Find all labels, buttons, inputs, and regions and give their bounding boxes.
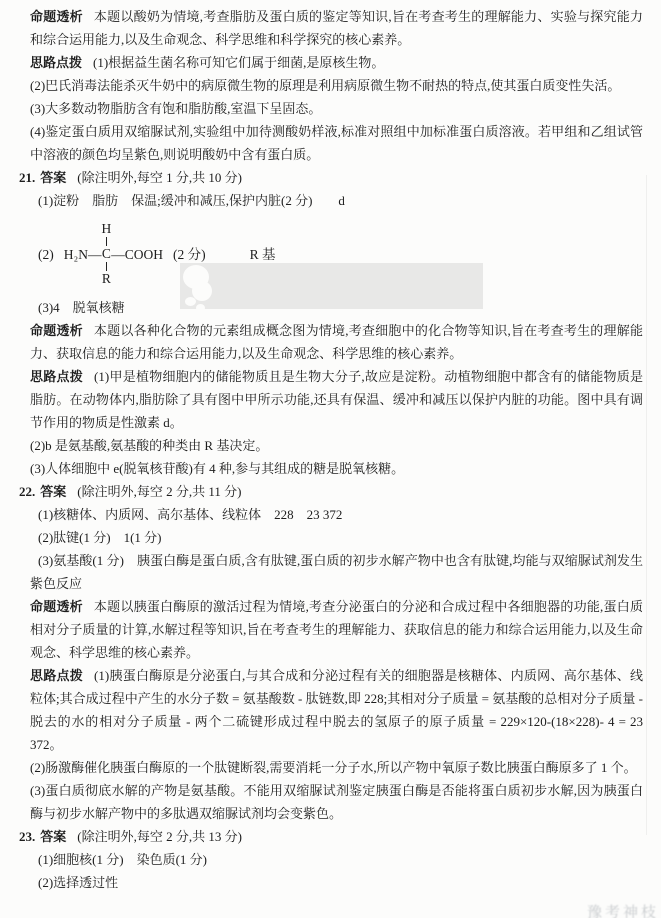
tip-paragraph: (3)大多数动物脂肪含有饱和脂肪酸,室温下呈固态。	[30, 97, 643, 120]
tip-text: (1)胰蛋白酶原是分泌蛋白,与其合成和分泌过程有关的细胞器是核糖体、内质网、高尔…	[30, 668, 643, 752]
analysis-text: 本题以酸奶为情境,考查脂肪及蛋白质的鉴定等知识,旨在考查考生的理解能力、实验与探…	[30, 9, 643, 47]
carboxyl-group: COOH	[125, 243, 163, 266]
answer-label: 答案	[40, 829, 66, 844]
bond-right: —	[111, 243, 125, 266]
tip-paragraph: (3)人体细胞中 e(脱氧核苷酸)有 4 种,参与其组成的糖是脱氧核糖。	[30, 457, 643, 480]
answer-note: (除注明外,每空 1 分,共 10 分)	[77, 170, 242, 185]
central-carbon-column: H C R	[101, 222, 111, 286]
analysis-text: 本题以胰蛋白酶原的激活过程为情境,考查分泌蛋白的分泌和合成过程中各细胞器的功能,…	[30, 599, 643, 660]
tip-paragraph: (2)肠激酶催化胰蛋白酶原的一个肽键断裂,需要消耗一分子水,所以产物中氧原子数比…	[30, 756, 643, 779]
answer-note: (除注明外,每空 2 分,共 13 分)	[77, 829, 242, 844]
tips-paragraph: 思路点拨(1)甲是植物细胞内的储能物质且是生物大分子,故应是淀粉。动植物细胞中都…	[30, 365, 643, 434]
analysis-paragraph: 命题透析本题以各种化合物的元素组成概念图为情境,考查细胞中的化合物等知识,旨在考…	[30, 319, 643, 365]
question-number: 23.	[19, 829, 35, 844]
tips-paragraph: 思路点拨(1)胰蛋白酶原是分泌蛋白,与其合成和分泌过程有关的细胞器是核糖体、内质…	[30, 664, 643, 756]
bond-left: —	[88, 243, 102, 266]
answer-label: 答案	[40, 170, 66, 185]
question-number: 21.	[19, 170, 35, 185]
answer-note: (除注明外,每空 2 分,共 11 分)	[77, 484, 241, 499]
analysis-label: 命题透析	[30, 323, 83, 338]
question-number: 22.	[19, 484, 35, 499]
watermark: 豫考神枝	[587, 901, 659, 918]
tip-paragraph: (2)巴氏消毒法能杀灭牛奶中的病原微生物的原理是利用病原微生物不耐热的特点,使其…	[30, 74, 643, 97]
vertical-bond	[106, 262, 107, 271]
analysis-text: 本题以各种化合物的元素组成概念图为情境,考查细胞中的化合物等知识,旨在考查考生的…	[30, 323, 643, 361]
answer-item: (2)选择透过性	[30, 871, 643, 894]
answer-item: (1)核糖体、内质网、高尔基体、线粒体 228 23 372	[30, 503, 643, 526]
tip-paragraph: (2)b 是氨基酸,氨基酸的种类由 R 基决定。	[30, 434, 643, 457]
answer-heading-23: 23.答案(除注明外,每空 2 分,共 13 分)	[19, 825, 643, 848]
analysis-label: 命题透析	[30, 599, 83, 614]
page-fold-line	[646, 175, 647, 835]
smudge-blob	[196, 304, 205, 312]
r-group-atom: R	[102, 272, 111, 286]
answer-sheet-page: 命题透析本题以酸奶为情境,考查脂肪及蛋白质的鉴定等知识,旨在考查考生的理解能力、…	[0, 0, 661, 918]
amino-group: H₂N	[64, 243, 88, 266]
analysis-label: 命题透析	[30, 9, 83, 24]
tips-paragraph: 思路点拨(1)根据益生菌名称可知它们属于细菌,是原核生物。	[30, 51, 643, 74]
answer-item: (1)淀粉 脂肪 保温;缓冲和减压,保护内脏(2 分) d	[30, 189, 643, 212]
vertical-bond	[106, 237, 107, 246]
scan-smudge-artifact	[180, 263, 483, 309]
formula-item-number: (2)	[38, 243, 54, 266]
tips-label: 思路点拨	[30, 369, 83, 384]
tips-label: 思路点拨	[30, 668, 83, 683]
analysis-paragraph: 命题透析本题以酸奶为情境,考查脂肪及蛋白质的鉴定等知识,旨在考查考生的理解能力、…	[30, 5, 643, 51]
hydrogen-atom: H	[101, 222, 111, 236]
analysis-paragraph: 命题透析本题以胰蛋白酶原的激活过程为情境,考查分泌蛋白的分泌和合成过程中各细胞器…	[30, 595, 643, 664]
answer-heading-22: 22.答案(除注明外,每空 2 分,共 11 分)	[19, 480, 643, 503]
carbon-atom: C	[102, 247, 111, 261]
page-content: 命题透析本题以酸奶为情境,考查脂肪及蛋白质的鉴定等知识,旨在考查考生的理解能力、…	[30, 5, 643, 894]
answer-item: (3)氨基酸(1 分) 胰蛋白酶是蛋白质,含有肽键,蛋白质的初步水解产物中也含有…	[30, 549, 643, 595]
answer-heading-21: 21.答案(除注明外,每空 1 分,共 10 分)	[19, 166, 643, 189]
tip-paragraph: (3)蛋白质彻底水解的产物是氨基酸。不能用双缩脲试剂鉴定胰蛋白酶是否能将蛋白质初…	[30, 779, 643, 825]
answer-item: (1)细胞核(1 分) 染色质(1 分)	[30, 848, 643, 871]
tip-paragraph: (4)鉴定蛋白质用双缩脲试剂,实验组中加待测酸奶样液,标准对照组中加标准蛋白质溶…	[30, 120, 643, 166]
tip-text: (1)根据益生菌名称可知它们属于细菌,是原核生物。	[93, 55, 384, 70]
smudge-blob	[185, 297, 196, 306]
tips-label: 思路点拨	[30, 55, 82, 70]
answer-label: 答案	[40, 484, 66, 499]
answer-item: (2)肽键(1 分) 1(1 分)	[30, 526, 643, 549]
tip-text: (1)甲是植物细胞内的储能物质且是生物大分子,故应是淀粉。动植物细胞中都含有的储…	[30, 369, 643, 430]
